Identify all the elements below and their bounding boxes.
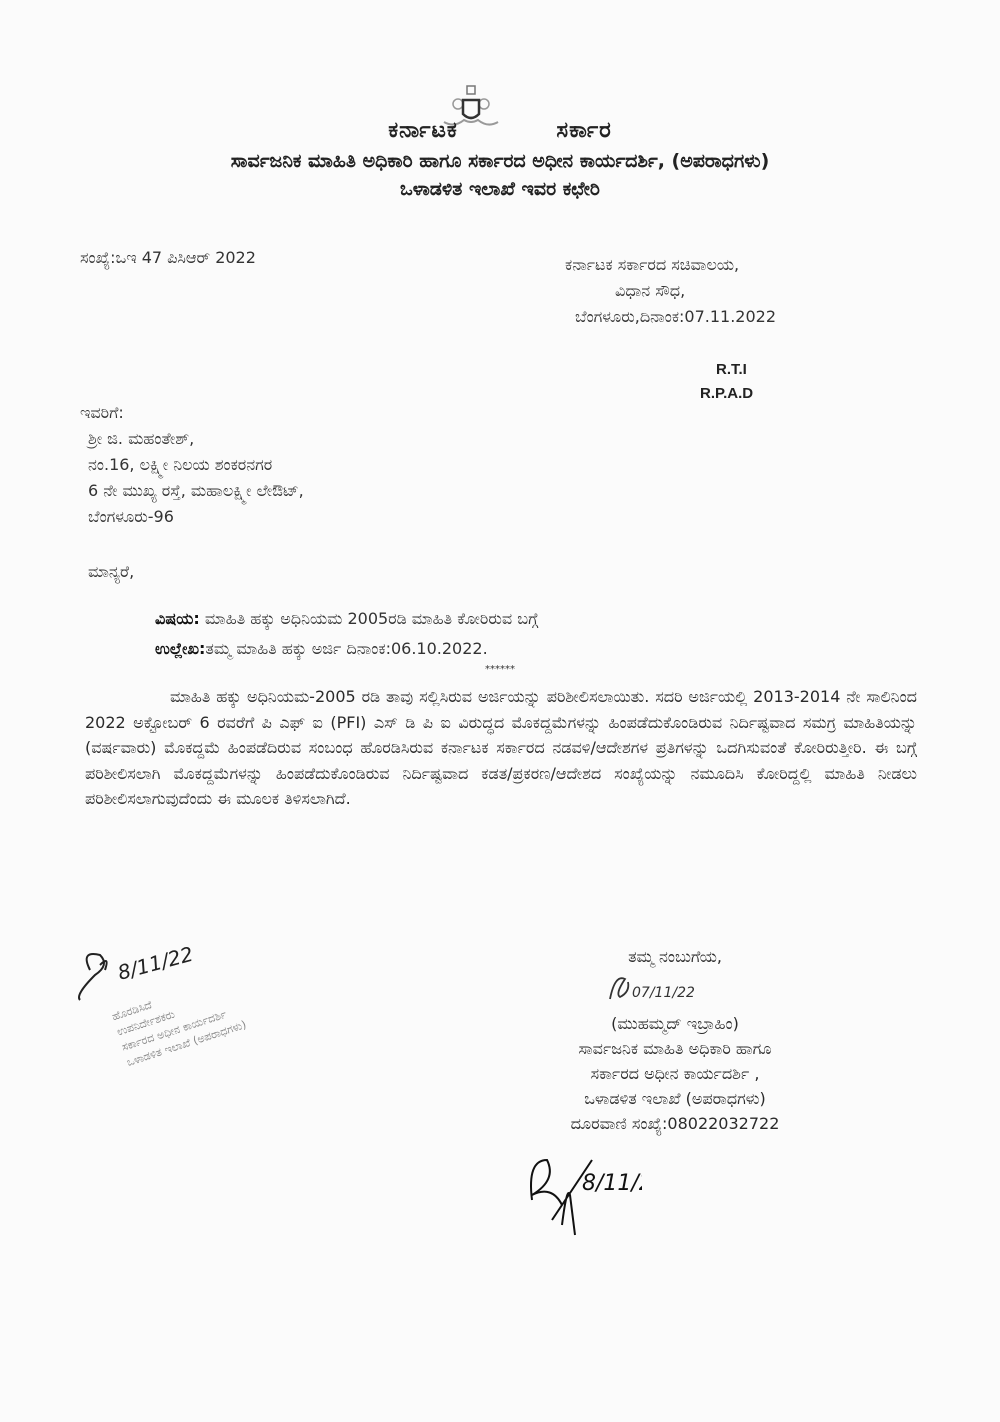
officer-designation: ಸಾರ್ವಜನಿಕ ಮಾಹಿತಿ ಅಧಿಕಾರಿ ಹಾಗೂ bbox=[505, 1036, 845, 1061]
svg-text:8/11/22: 8/11/22 bbox=[115, 942, 196, 985]
letter-page: ಕರ್ನಾಟಕ ಸರ್ಕಾರ ಸಾರ್ವಜನಿಕ ಮಾಹಿತಿ ಅಧಿಕಾರಿ … bbox=[0, 0, 1000, 1422]
valediction: ತಮ್ಮ ನಂಬುಗೆಯ, bbox=[505, 944, 845, 969]
subject-line: ವಿಷಯ: ಮಾಹಿತಿ ಹಕ್ಕು ಅಧಿನಿಯಮ 2005ರಡಿ ಮಾಹಿತ… bbox=[155, 604, 538, 634]
officer-name: (ಮುಹಮ್ಮದ್ ಇಬ್ರಾಹಿಂ) bbox=[505, 1011, 845, 1036]
rpad-mark: R.P.A.D bbox=[700, 382, 753, 406]
officer-department: ಒಳಾಡಳಿತ ಇಲಾಖೆ (ಅಪರಾಧಗಳು) bbox=[505, 1086, 845, 1111]
closing-block: ತಮ್ಮ ನಂಬುಗೆಯ, 07/11/22 (ಮುಹಮ್ಮದ್ ಇಬ್ರಾಹಿ… bbox=[505, 944, 845, 1136]
header-line-3: ಒಳಾಡಳಿತ ಇಲಾಖೆ ಇವರ ಕಛೇರಿ bbox=[0, 178, 1000, 200]
left-annotation: 8/11/22 ಹೊರಡಿಸಿದೆ ಉಪನಿರ್ದೇಶಕರು ಸರ್ಕಾರದ ಅ… bbox=[70, 940, 320, 1120]
letter-body: ಮಾಹಿತಿ ಹಕ್ಕು ಅಧಿನಿಯಮ-2005 ರಡಿ ತಾವು ಸಲ್ಲಿ… bbox=[85, 684, 917, 812]
officer-phone: ದೂರವಾಣಿ ಸಂಖ್ಯೆ:08022032722 bbox=[505, 1111, 845, 1136]
subject-block: ವಿಷಯ: ಮಾಹಿತಿ ಹಕ್ಕು ಅಧಿನಿಯಮ 2005ರಡಿ ಮಾಹಿತ… bbox=[155, 604, 538, 664]
office-address-line: ವಿಧಾನ ಸೌಧ, bbox=[565, 278, 776, 304]
officer-designation: ಸರ್ಕಾರದ ಅಧೀನ ಕಾರ್ಯದರ್ಶಿ , bbox=[505, 1061, 845, 1086]
separator: ****** bbox=[0, 664, 1000, 675]
reference-label: ಉಲ್ಲೇಖ: bbox=[155, 639, 205, 658]
svg-text:8/11/22: 8/11/22 bbox=[582, 1171, 642, 1196]
header-line-1: ಕರ್ನಾಟಕ ಸರ್ಕಾರ bbox=[0, 118, 1000, 143]
header-state: ಕರ್ನಾಟಕ bbox=[388, 118, 458, 143]
recipient-address-line: ನಂ.16, ಲಕ್ಷ್ಮೀ ನಿಲಯ ಶಂಕರನಗರ bbox=[88, 452, 304, 478]
recipient-address-line: 6 ನೇ ಮುಖ್ಯ ರಸ್ತೆ, ಮಹಾಲಕ್ಷ್ಮೀ ಲೇಔಟ್, bbox=[88, 478, 304, 504]
reference-text: ತಮ್ಮ ಮಾಹಿತಿ ಹಕ್ಕು ಅರ್ಜಿ ದಿನಾಂಕ:06.10.202… bbox=[205, 639, 487, 658]
reference-number: ಸಂಖ್ಯೆ:ಒಇ 47 ಪಿಸಿಆರ್ 2022 bbox=[80, 248, 256, 268]
officer-signature-icon: 07/11/22 bbox=[600, 969, 720, 1009]
bottom-signature-icon: 8/11/22 bbox=[512, 1140, 642, 1240]
recipient-name: ಶ್ರೀ ಜಿ. ಮಹಂತೇಶ್, bbox=[88, 426, 304, 452]
subject-text: ಮಾಹಿತಿ ಹಕ್ಕು ಅಧಿನಿಯಮ 2005ರಡಿ ಮಾಹಿತಿ ಕೋರಿ… bbox=[200, 609, 539, 628]
recipient-address-line: ಬೆಂಗಳೂರು-96 bbox=[88, 504, 304, 530]
salutation: ಮಾನ್ಯರೆ, bbox=[88, 562, 134, 582]
office-address-line: ಕರ್ನಾಟಕ ಸರ್ಕಾರದ ಸಚಿವಾಲಯ, bbox=[565, 252, 776, 278]
reference-line: ಉಲ್ಲೇಖ:ತಮ್ಮ ಮಾಹಿತಿ ಹಕ್ಕು ಅರ್ಜಿ ದಿನಾಂಕ:06… bbox=[155, 634, 538, 664]
recipient-block: ಇವರಿಗೆ: ಶ್ರೀ ಜಿ. ಮಹಂತೇಶ್, ನಂ.16, ಲಕ್ಷ್ಮೀ… bbox=[80, 400, 304, 530]
office-address: ಕರ್ನಾಟಕ ಸರ್ಕಾರದ ಸಚಿವಾಲಯ, ವಿಧಾನ ಸೌಧ, ಬೆಂಗ… bbox=[565, 252, 776, 330]
dispatch-marks: R.T.I R.P.A.D bbox=[700, 358, 753, 406]
rti-mark: R.T.I bbox=[700, 358, 753, 382]
office-date-line: ಬೆಂಗಳೂರು,ದಿನಾಂಕ:07.11.2022 bbox=[565, 304, 776, 330]
header-line-2: ಸಾರ್ವಜನಿಕ ಮಾಹಿತಿ ಅಧಿಕಾರಿ ಹಾಗೂ ಸರ್ಕಾರದ ಅಧ… bbox=[0, 150, 1000, 172]
svg-text:07/11/22: 07/11/22 bbox=[632, 985, 695, 1001]
recipient-label: ಇವರಿಗೆ: bbox=[80, 400, 304, 426]
header-government: ಸರ್ಕಾರ bbox=[556, 118, 611, 143]
subject-label: ವಿಷಯ: bbox=[155, 609, 200, 628]
